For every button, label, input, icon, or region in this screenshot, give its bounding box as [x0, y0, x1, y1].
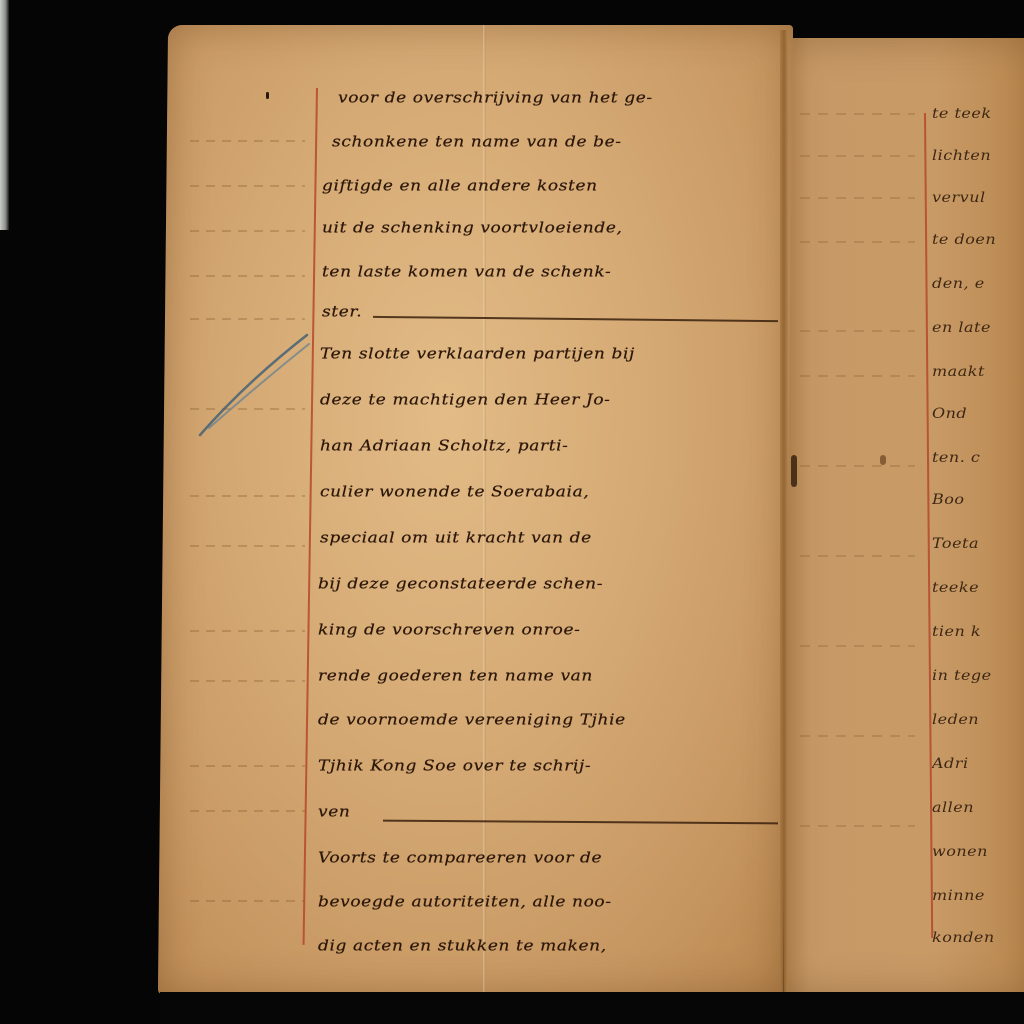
text-line: allen: [932, 799, 974, 815]
text-line: tien k: [932, 623, 981, 639]
text-line: Ten slotte verklaarden partijen bij: [320, 346, 635, 363]
text-line: bevoegde autoriteiten, alle noo-: [318, 894, 612, 911]
book-spine: [780, 30, 788, 996]
text-line: deze te machtigen den Heer Jo-: [320, 392, 611, 409]
text-line: king de voorschreven onroe-: [318, 622, 580, 639]
text-line: bij deze geconstateerde schen-: [318, 576, 603, 593]
text-line: leden: [932, 711, 979, 727]
text-line: Tjhik Kong Soe over te schrij-: [318, 758, 591, 775]
text-line: ster.: [322, 304, 362, 321]
text-line: lichten: [932, 147, 991, 163]
text-line: voor de overschrijving van het ge-: [338, 90, 653, 107]
text-line: speciaal om uit kracht van de: [320, 530, 592, 547]
bleed-through-text: [180, 90, 305, 950]
text-line: de voornoemde vereeniging Tjhie: [318, 712, 626, 729]
text-line: en late: [932, 319, 991, 335]
text-line: rende goederen ten name van: [318, 668, 593, 685]
text-line: teeke: [932, 579, 979, 595]
text-line: minne: [932, 887, 985, 903]
text-line: Boo: [932, 491, 965, 507]
text-line: vervul: [932, 189, 986, 205]
blue-pencil-mark: [195, 330, 315, 440]
ink-spot: [880, 455, 886, 465]
text-line: dig acten en stukken te maken,: [318, 938, 607, 955]
text-line: ten. c: [932, 449, 980, 465]
text-line: ten laste komen van de schenk-: [322, 264, 611, 281]
text-line: wonen: [932, 843, 988, 859]
text-line: Adri: [932, 755, 969, 771]
ink-blot: [791, 455, 797, 487]
ink-mark: [266, 92, 269, 99]
adjacent-object-edge: [0, 0, 9, 230]
right-page-text-partial: te teek lichten vervul te doen den, e en…: [932, 100, 1024, 960]
text-line: te doen: [932, 231, 996, 247]
text-line: maakt: [932, 363, 985, 379]
text-line: schonkene ten name van de be-: [332, 134, 622, 151]
text-line: giftigde en alle andere kosten: [322, 178, 598, 195]
text-line: te teek: [932, 105, 992, 121]
text-line: uit de schenking voortvloeiende,: [322, 220, 623, 237]
text-line: Voorts te compareeren voor de: [318, 850, 602, 867]
text-line: in tege: [932, 667, 992, 683]
text-line: ven: [318, 804, 350, 821]
text-line: han Adriaan Scholtz, parti-: [320, 438, 569, 455]
text-line: konden: [932, 929, 995, 945]
background-below-pages: [160, 992, 1024, 1024]
text-line: Toeta: [932, 535, 979, 551]
text-line: den, e: [932, 275, 985, 291]
text-line: Ond: [932, 405, 967, 421]
text-line: culier wonende te Soerabaia,: [320, 484, 589, 501]
